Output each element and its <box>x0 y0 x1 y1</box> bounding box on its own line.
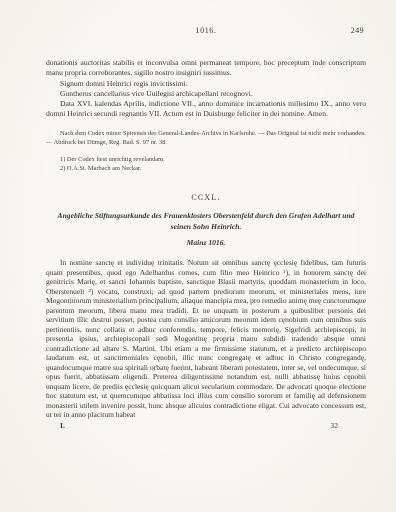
volume-signature: I. <box>60 421 65 430</box>
signum-line: Signum domni Heinrici regis invictissimi… <box>46 79 366 89</box>
datum-paragraph: Data XVI. kalendas Aprilis, indictione V… <box>46 99 366 120</box>
footnotes: 1) Der Codex liest unrichtig revelandam.… <box>46 156 366 174</box>
charter-body-text: In nomine sanctę et individuę trinitatis… <box>46 258 366 420</box>
book-page-scan: 1016. 249 donationis auctoritas stabilis… <box>0 0 396 512</box>
page-footer: I. 32 <box>46 421 366 432</box>
source-note: Nach dem Codex minor Spirensis des Gener… <box>46 129 366 147</box>
document-heading: CCXL. Angebliche Stiftungsurkunde des Fr… <box>46 193 366 247</box>
footnote-2: 2) O.A.St. Marbach am Neckar. <box>46 165 366 174</box>
previous-document-end: donationis auctoritas stabilis et inconv… <box>46 58 366 173</box>
running-header: 1016. 249 <box>46 26 366 37</box>
closing-paragraph: donationis auctoritas stabilis et inconv… <box>46 58 366 79</box>
document-date-place: Mainz 1016. <box>46 238 366 247</box>
page-number: 249 <box>351 26 364 35</box>
document-title: Angebliche Stiftungsurkunde des Frauenkl… <box>46 211 366 232</box>
header-year: 1016. <box>46 26 366 35</box>
footnote-1: 1) Der Codex liest unrichtig revelandam. <box>46 156 366 165</box>
text-block: 1016. 249 donationis auctoritas stabilis… <box>46 26 366 432</box>
recognition-line: Guntherus cancellarius vice Uuilegisi ar… <box>46 89 366 99</box>
document-number: CCXL. <box>46 193 366 202</box>
sheet-signature: 32 <box>330 421 338 430</box>
